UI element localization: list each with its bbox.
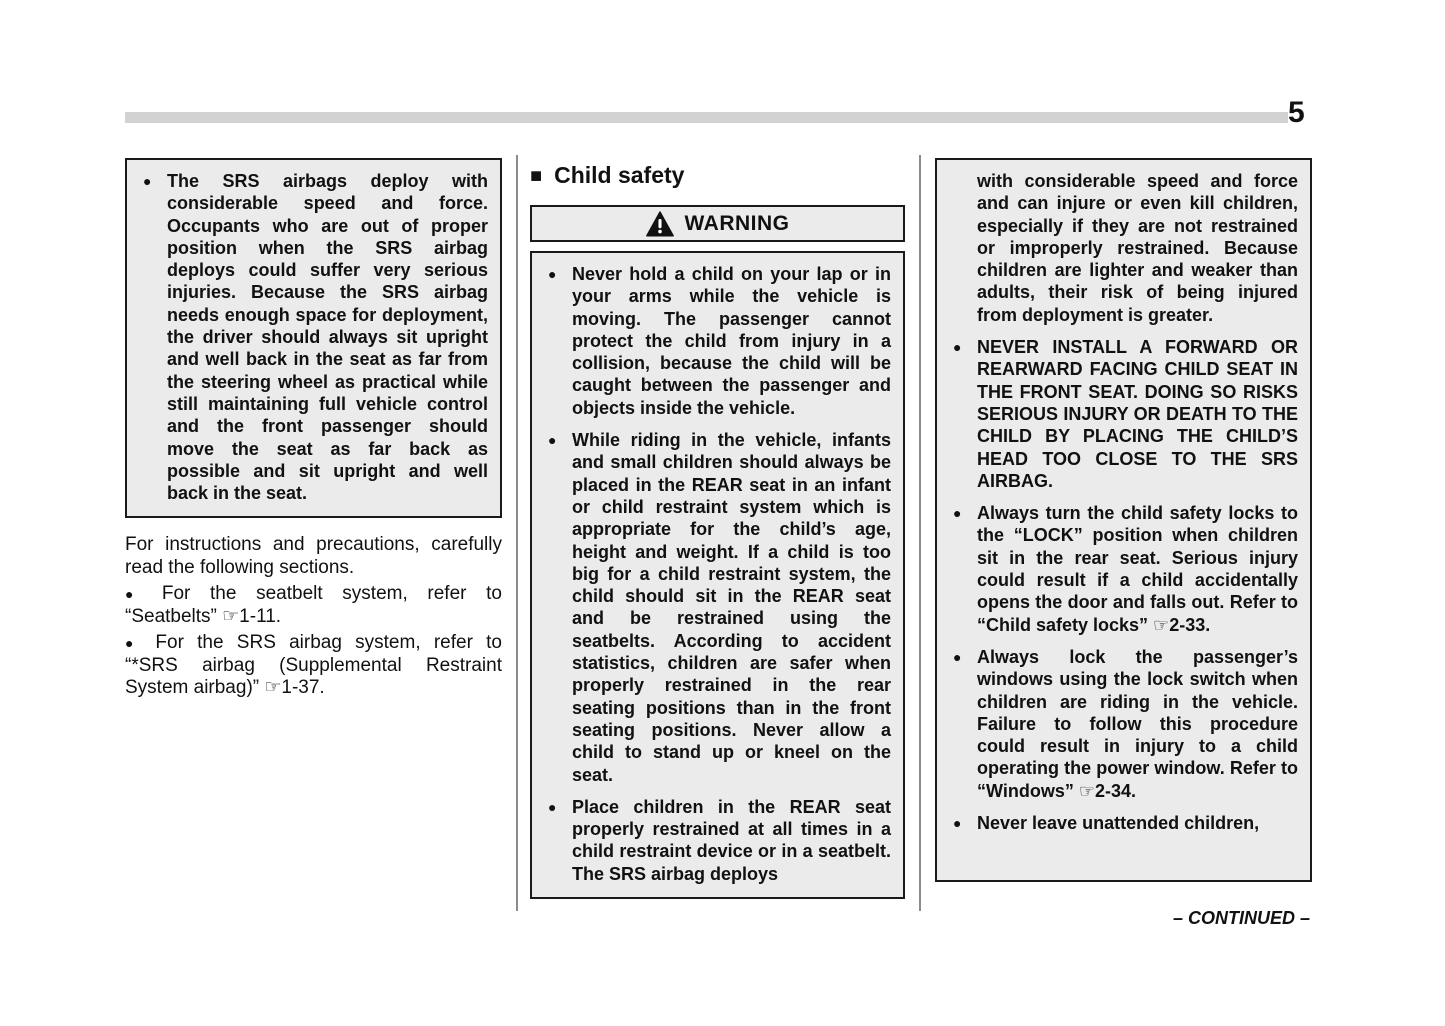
bullet-icon: ● [953,502,961,524]
section-heading-label: Child safety [554,162,684,189]
warning-item-text: Never leave unattended children, [977,813,1259,833]
warning-header-box: WARNING [530,205,905,242]
bullet-icon: ● [125,635,155,651]
list-item: ● While riding in the vehicle, infants a… [544,429,891,786]
warning-item-text: Always turn the child safety locks to th… [977,503,1298,634]
bullet-icon: ● [125,586,162,602]
page-number: 5 [1288,96,1305,130]
intro-paragraph: For instructions and precautions, carefu… [125,534,502,579]
warning-item-text: Never hold a child on your lap or in you… [572,264,891,418]
warning-triangle-icon [646,211,674,237]
section-marker-icon: ■ [530,166,542,186]
warning-label: WARNING [685,212,790,236]
bullet-icon: ● [548,429,556,451]
bullet-icon: ● [548,263,556,285]
srs-airbag-reference-item: ●For the SRS airbag system, refer to “*S… [125,632,502,700]
middle-column: ■ Child safety WARNING ● Never hold a ch… [530,158,905,899]
bullet-icon: ● [953,646,961,668]
column-separator [516,155,518,911]
warning-item-text: Always lock the passenger’s windows usin… [977,647,1298,801]
seatbelt-reference-text: For the seatbelt system, refer to “Seatb… [125,583,502,627]
srs-airbag-warning-box: ● The SRS airbags deploy with considerab… [125,158,502,518]
airbag-warning-text: The SRS airbags deploy with considerable… [167,171,488,503]
continued-label: – CONTINUED – [935,908,1312,929]
bullet-icon: ● [143,170,151,192]
top-rule [125,112,1288,123]
left-column: ● The SRS airbags deploy with considerab… [125,158,502,700]
list-item: ● The SRS airbags deploy with considerab… [139,170,488,504]
list-item: ● NEVER INSTALL A FORWARD OR REARWARD FA… [949,336,1298,492]
bullet-icon: ● [548,796,556,818]
list-item: ● Never leave unattended children, [949,812,1298,834]
list-item: ● Place children in the REAR seat proper… [544,796,891,885]
list-item: ● Always turn the child safety locks to … [949,502,1298,636]
column-separator [919,155,921,911]
warning-item-text: Place children in the REAR seat properly… [572,797,891,884]
child-safety-warning-box-continued: with considerable speed and force and ca… [935,158,1312,882]
list-item: ● Never hold a child on your lap or in y… [544,263,891,419]
seatbelt-reference-item: ●For the seatbelt system, refer to “Seat… [125,583,502,628]
child-safety-warning-box: ● Never hold a child on your lap or in y… [530,251,905,899]
srs-airbag-reference-text: For the SRS airbag system, refer to “*SR… [125,632,502,698]
right-column: with considerable speed and force and ca… [935,158,1312,929]
warning-item-text: NEVER INSTALL A FORWARD OR REARWARD FACI… [977,337,1298,491]
continuation-text: with considerable speed and force and ca… [949,170,1298,326]
bullet-icon: ● [953,336,961,358]
list-item: ● Always lock the passenger’s windows us… [949,646,1298,802]
bullet-icon: ● [953,812,961,834]
section-heading-child-safety: ■ Child safety [530,162,905,189]
warning-item-text: While riding in the vehicle, infants and… [572,430,891,784]
